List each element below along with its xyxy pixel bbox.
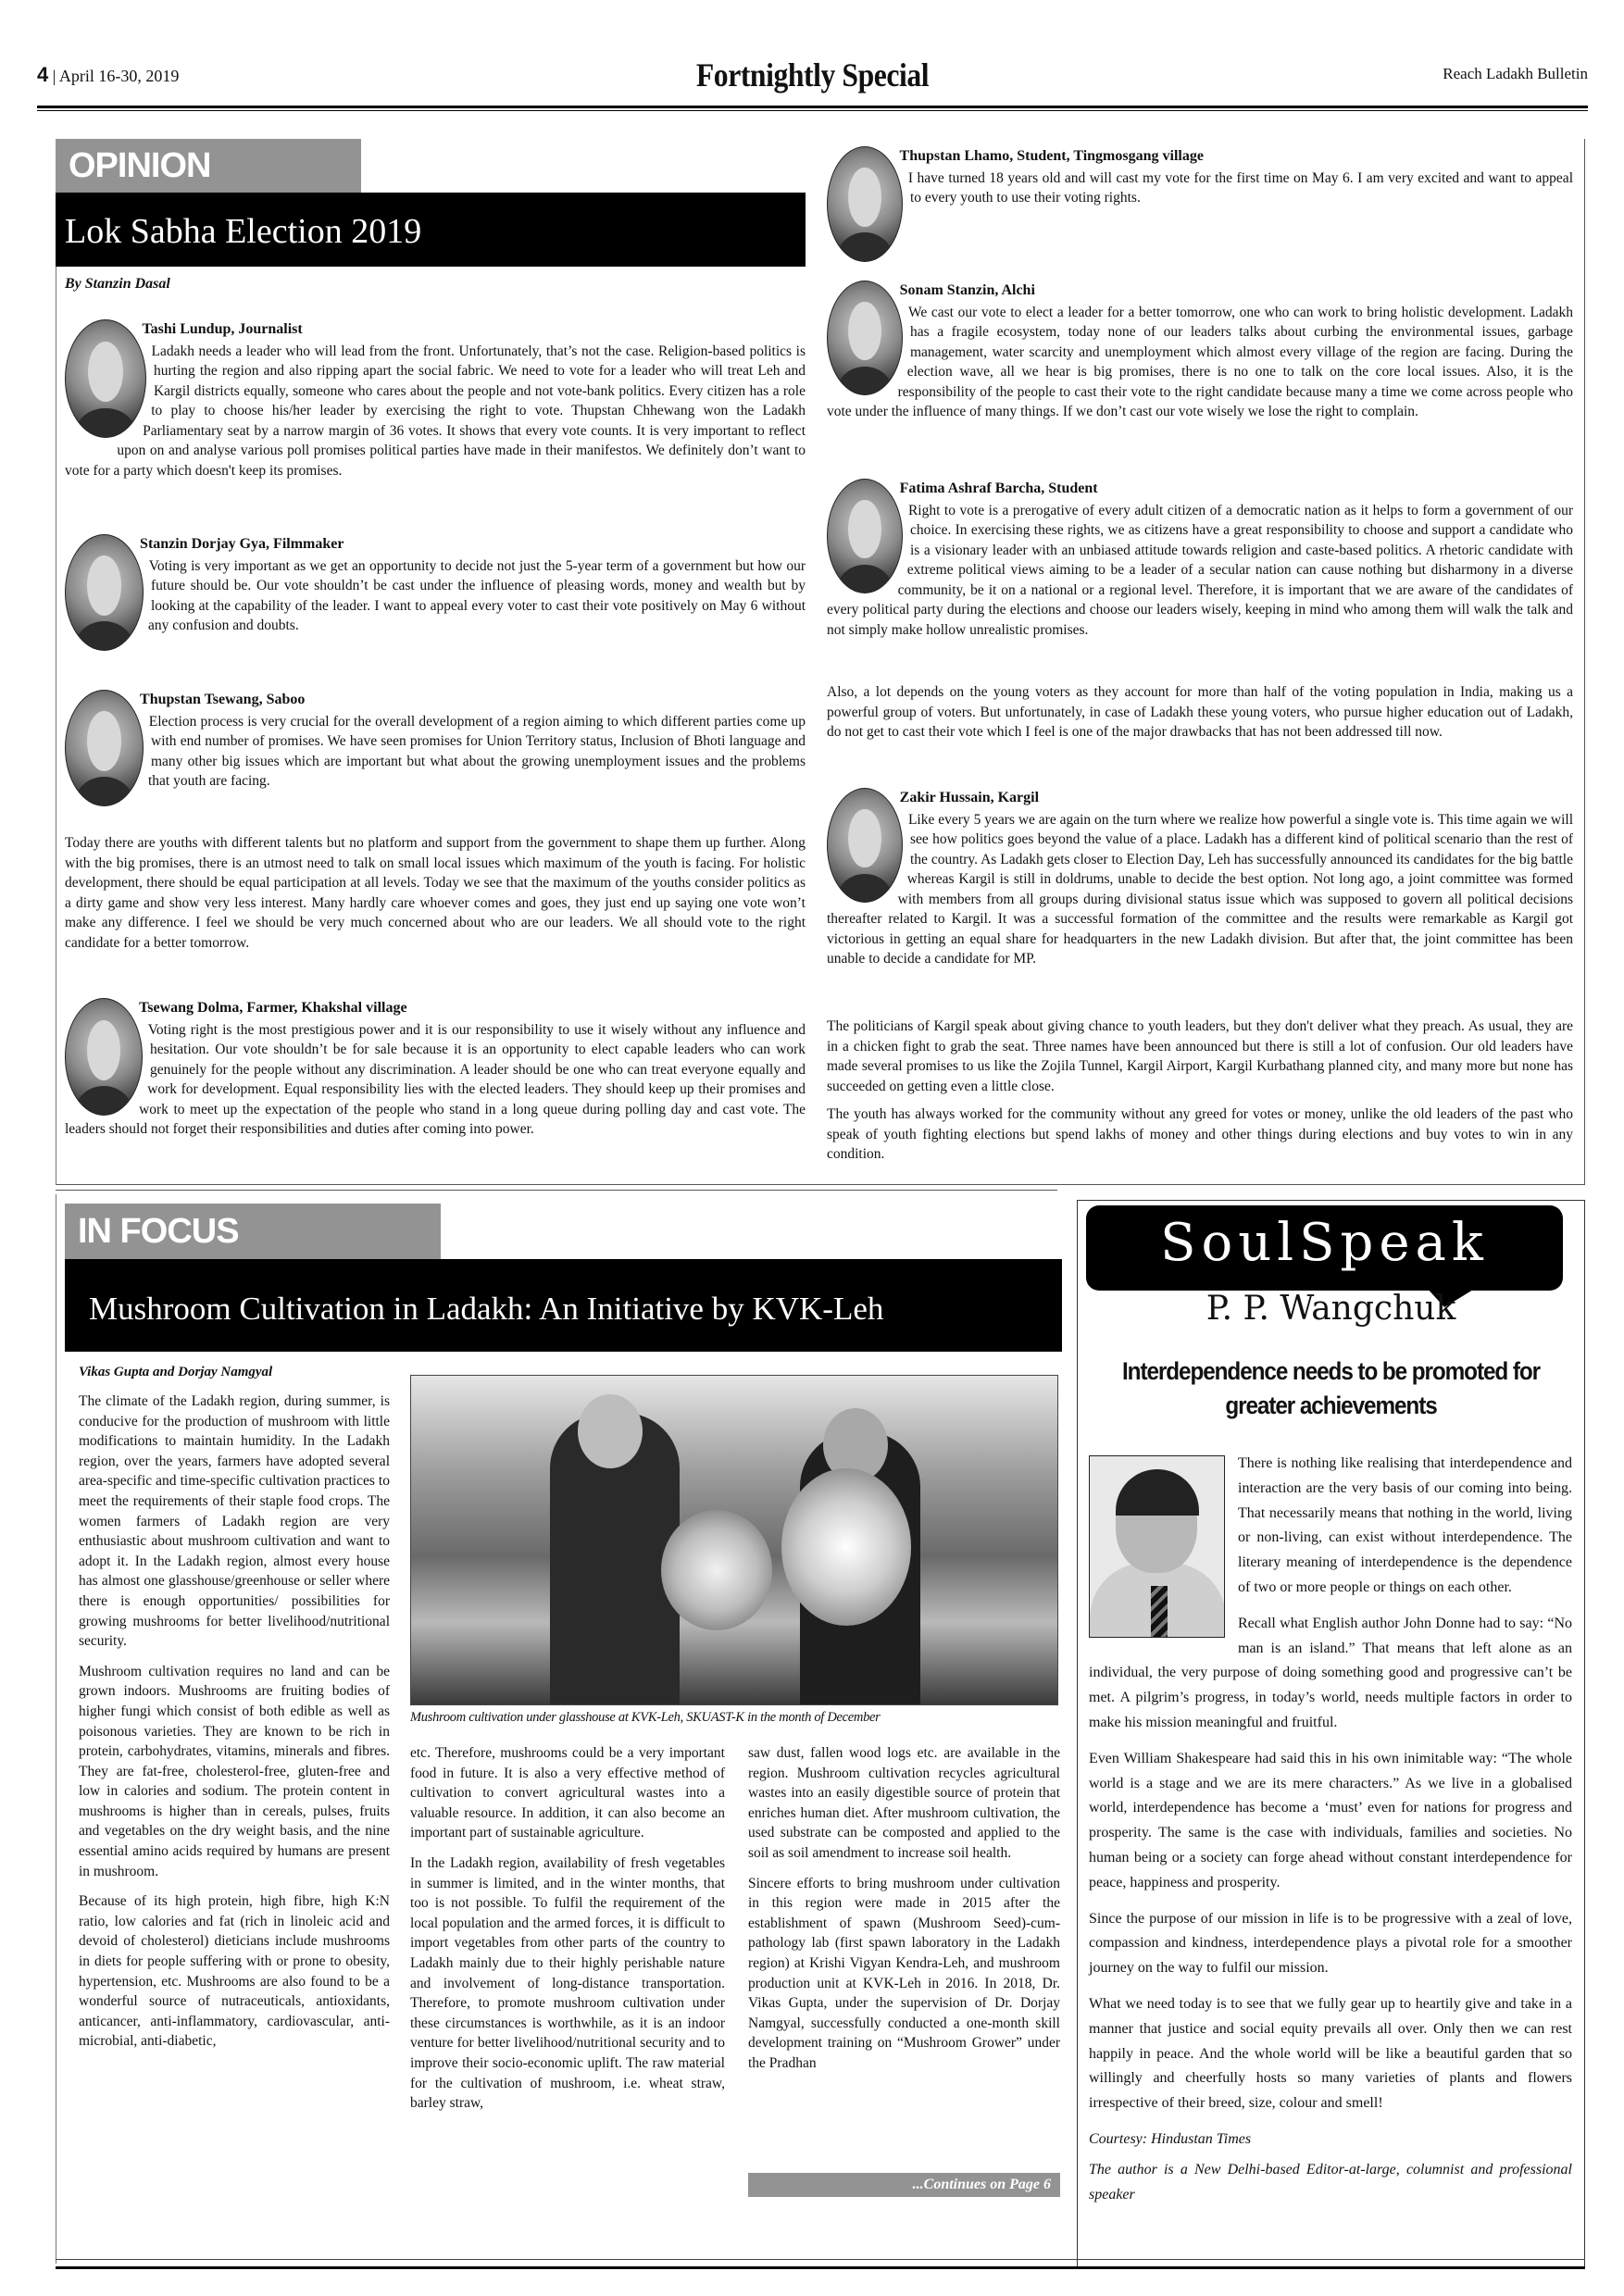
avatar <box>65 534 144 651</box>
article-paragraph: etc. Therefore, mushrooms could be a ver… <box>410 1743 725 1843</box>
soulspeak-paragraph: Even William Shakespeare had said this i… <box>1089 1747 1572 1896</box>
opinion-entry: Thupstan Lhamo, Student, Tingmosgang vil… <box>827 146 1573 266</box>
author-photo <box>1089 1455 1225 1638</box>
opinion-entry: Fatima Ashraf Barcha, Student Right to v… <box>827 479 1573 640</box>
opinion-byline: By Stanzin Dasal <box>65 276 170 293</box>
photo-tie <box>1151 1586 1168 1637</box>
masthead-rule-thin <box>37 110 1588 111</box>
publication-name: Reach Ladakh Bulletin <box>1443 65 1588 83</box>
opinion-text: I have turned 18 years old and will cast… <box>827 168 1573 208</box>
opinion-author: Zakir Hussain, Kargil <box>827 788 1573 808</box>
avatar <box>65 690 144 806</box>
opinion-text: We cast our vote to elect a leader for a… <box>827 303 1573 422</box>
page-number: 4 <box>37 63 48 86</box>
author-note: The author is a New Delhi-based Editor-a… <box>1089 2158 1572 2208</box>
opinion-title: Lok Sabha Election 2019 <box>56 193 806 267</box>
section-title: Fortnightly Special <box>131 56 1495 94</box>
article-paragraph: saw dust, fallen wood logs etc. are avai… <box>748 1743 1060 1864</box>
article-column-3: saw dust, fallen wood logs etc. are avai… <box>748 1743 1060 2084</box>
photo-hair <box>1116 1469 1199 1516</box>
avatar <box>65 998 143 1116</box>
soulspeak-headline: Interdependence needs to be promoted for… <box>1117 1354 1546 1423</box>
opinion-author: Sonam Stanzin, Alchi <box>827 281 1573 301</box>
footer-rule-thin <box>56 2259 1585 2260</box>
opinion-entry: Sonam Stanzin, Alchi We cast our vote to… <box>827 281 1573 422</box>
footer-rule <box>56 2266 1585 2269</box>
courtesy-note: Courtesy: Hindustan Times <box>1089 2128 1572 2152</box>
opinion-tab: OPINION <box>56 139 361 193</box>
section-divider <box>56 1190 1057 1191</box>
opinion-text-continued: Today there are youths with different ta… <box>65 833 806 953</box>
opinion-author: Thupstan Lhamo, Student, Tingmosgang vil… <box>827 146 1573 167</box>
opinion-author: Fatima Ashraf Barcha, Student <box>827 479 1573 499</box>
in-focus-title: Mushroom Cultivation in Ladakh: An Initi… <box>65 1259 1062 1352</box>
opinion-entry: Stanzin Dorjay Gya, Filmmaker Voting is … <box>65 534 806 655</box>
soulspeak-body: There is nothing like realising that int… <box>1089 1452 1572 2213</box>
opinion-entry: Thupstan Tsewang, Saboo Election process… <box>65 690 806 810</box>
mushroom-bag <box>781 1468 911 1626</box>
opinion-entry: Zakir Hussain, Kargil Like every 5 years… <box>827 788 1573 969</box>
article-paragraph: The climate of the Ladakh region, during… <box>79 1391 390 1652</box>
opinion-text: Like every 5 years we are again on the t… <box>827 810 1573 969</box>
avatar <box>827 788 903 903</box>
avatar <box>827 479 903 593</box>
avatar <box>827 281 903 395</box>
opinion-author: Tsewang Dolma, Farmer, Khakshal village <box>65 998 806 1018</box>
opinion-author: Thupstan Tsewang, Saboo <box>65 690 806 710</box>
article-paragraph: Sincere efforts to bring mushroom under … <box>748 1874 1060 2074</box>
opinion-text-continued: The youth has always worked for the comm… <box>827 1104 1573 1165</box>
opinion-text: Ladakh needs a leader who will lead from… <box>65 342 806 481</box>
soulspeak-banner: SoulSpeak <box>1086 1205 1563 1291</box>
opinion-text-continued: Also, a lot depends on the young voters … <box>827 682 1573 742</box>
avatar <box>65 319 146 438</box>
opinion-text-continued: The politicians of Kargil speak about gi… <box>827 1017 1573 1096</box>
article-paragraph: Because of its high protein, high fibre,… <box>79 1891 390 2052</box>
continues-link[interactable]: ...Continues on Page 6 <box>748 2173 1060 2197</box>
article-paragraph: Mushroom cultivation requires no land an… <box>79 1662 390 1882</box>
soulspeak-author: P. P. Wangchuk <box>1077 1290 1585 1328</box>
soulspeak-paragraph: Since the purpose of our mission in life… <box>1089 1907 1572 1981</box>
avatar <box>827 146 903 262</box>
article-paragraph: In the Ladakh region, availability of fr… <box>410 1853 725 2114</box>
opinion-entry: Tsewang Dolma, Farmer, Khakshal village … <box>65 998 806 1140</box>
article-column-2: etc. Therefore, mushrooms could be a ver… <box>410 1743 725 2124</box>
opinion-text: Voting right is the most prestigious pow… <box>65 1020 806 1140</box>
opinion-entry: Tashi Lundup, Journalist Ladakh needs a … <box>65 319 806 480</box>
opinion-author: Tashi Lundup, Journalist <box>65 319 806 340</box>
soulspeak-paragraph: What we need today is to see that we ful… <box>1089 1992 1572 2116</box>
mushroom-photo <box>410 1375 1058 1705</box>
article-column-1: The climate of the Ladakh region, during… <box>79 1391 390 2062</box>
opinion-text: Election process is very crucial for the… <box>65 712 806 792</box>
opinion-author: Stanzin Dorjay Gya, Filmmaker <box>65 534 806 555</box>
in-focus-tab: IN FOCUS <box>65 1204 441 1259</box>
in-focus-byline: Vikas Gupta and Dorjay Namgyal <box>79 1365 272 1380</box>
mushroom-bag <box>661 1510 772 1630</box>
masthead-rule <box>37 106 1588 108</box>
person-head <box>578 1394 643 1468</box>
opinion-text: Voting is very important as we get an op… <box>65 556 806 636</box>
opinion-text: Right to vote is a prerogative of every … <box>827 501 1573 641</box>
masthead: 4 | April 16-30, 2019 Fortnightly Specia… <box>37 56 1588 109</box>
photo-caption: Mushroom cultivation under glasshouse at… <box>410 1710 881 1726</box>
